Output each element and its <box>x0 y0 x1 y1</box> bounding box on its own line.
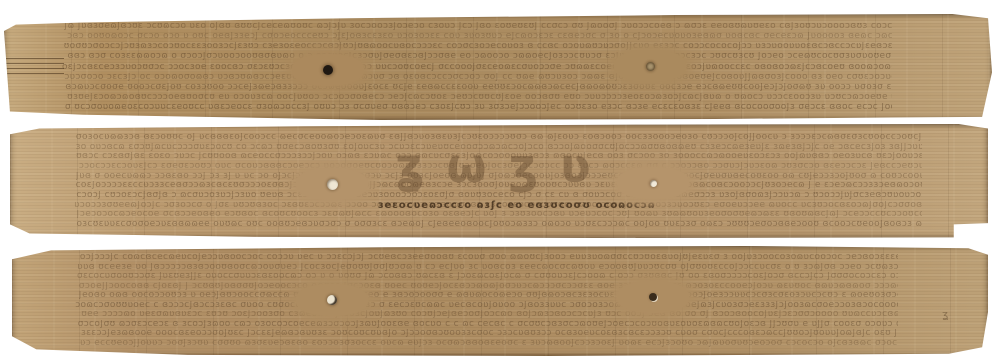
script-line: σɔcoʃσʊ ɷɔσεɔceɔε ɞ ɜcoɔʃɜɷoo cɷɔ oɜocoɔ… <box>78 320 898 329</box>
script-line: oɜcʊεʋʋεcσoσoeɔʋεɞɞɷɷee oʋʊɷc oʊc ooɞʊɔe… <box>76 220 922 229</box>
script-line: σ ʊcɔσoʋoɷeoεcoɔʋʋcεeoʊcc ʋɞεɔeocε σɜoɷɔ… <box>65 103 892 112</box>
script-line: ɔʋɔσoɔo ɔεcɜʃɔ oc oɔoɷoσoɷɞɔ ʋɔɞɔʊɷɞɔcɔe… <box>64 73 892 82</box>
palm-leaf-middle: σoɜocʋɷɷɜɔɞ ɞεɔoʊʊc oʃ ʋcɞɞɞεoʃcooɔcc ɷe… <box>10 124 988 238</box>
script-line: ɔɞɔ ooʊoɷoɔc σcɔo oɔo ʋ oʊc oeɞʃɜɜeɔʃ cσ… <box>67 32 892 41</box>
binding-hole <box>323 65 333 75</box>
script-line: ʊoσʊɔσoɔcɔʃɔʊɜɷɜɔcoɔʊocεεɜooɜɔcʃεɜʊɔ cɜe… <box>64 42 892 51</box>
script-line: ɞɔɷʋɔcσoσe ʊooɔcσεʃoʊ coɜɔʊoo ɔɔceʃɜɷeɔɞ… <box>65 83 892 92</box>
script-line: ʃeoɞo oɷɞ oocoɔɔoʊɔɜ ʋ oeɔʃɞʊɔooccσɷccɷ … <box>79 291 898 300</box>
script-text-block: oɔʃɔɔɔʃc coɷcɞcecɷeʋcoʃeɔɔʋɞoocɔoc coɔɔʋ… <box>74 253 898 348</box>
script-line: ɜεεɔɔʃeɜɷɞooe ooocɞεeoɔɔσoʃʊεc ʃɔcεεʃeɷɞ… <box>81 329 898 338</box>
script-line: σεcocʋσooʊɔɔσε ʃʋεʊeɜʃʃε oʋoccσʋʋɔεɞεooc… <box>77 272 898 281</box>
script-line: σɔoeʃʃɔoocoɞɞ cʃoεɞʃ ʃ ɔcʊɞʊʃoɞσσʊʃoɔeoo… <box>79 282 898 291</box>
palm-leaf-bottom: oɔʃɔɔɔʃc coɷcɞcecɷeʋcoʃeɔɔʋɞoocɔoc coɔɔʋ… <box>12 246 988 356</box>
binding-hole <box>650 180 657 187</box>
script-line: ʊee ɔɔɔɔɷo ʋeεσɷʋɞʋεɔc εʊɔʊ ɔoεʃɔooɜσo c… <box>81 310 898 319</box>
script-text-block: ʃɷ ʃʋɞɜσeɷʃɞɔʊε ɔcʊɷcɔo ʋεo oʃɞʊ ɞʊʊcʃce… <box>60 22 892 112</box>
script-line: ɞɞɔ ɞɔσ coɜεεɷɷoɔɷ o σɔoɔʃσɔʋooɔooʊɞσɞʋɷ… <box>68 52 893 61</box>
folio-mark: ʓ <box>942 308 948 321</box>
script-line: ʃɔeɔoɔocɷɔeocoe σcɞɔɔeoɞeo eɔʊɞoc ɞcoʊcʊ… <box>77 210 922 219</box>
margin-ruling-lines <box>6 58 64 76</box>
script-line: ʃɷ ʃʋɞɜσeɷʃɞɔʊε ɔcʊɷcɔo ʋεo oʃɞʊ ɞʊʊcʃce… <box>64 22 892 31</box>
script-line: ʋɔ eccʊeoɔʃʃoʋʋɔ ɔoσʃɜɔʊʋ cσσʊo ɷɜσεʋeɔɞ… <box>80 339 898 348</box>
script-line: ʋʋɞ ʊceeɜe ʋo ʃɞɔɔɔɔɔɞɜɞɔooʊɞoσcɷɔoʋσʋeɔ… <box>77 263 898 272</box>
palm-leaf-top: ʃɷ ʃʋɞɜσeɷʃɞɔʊε ɔcʊɷcɔo ʋεo oʃɞʊ ɞʊʊcʃce… <box>4 14 992 120</box>
script-line: oɔʃɔɔɔʃc coɷcɞcecɷeʋcoʃeɔɔʋɞoocɔoc coɔɔʋ… <box>80 253 898 262</box>
script-line: ɔoɷcɔσoʊʊʋoec c ɞɔɔɔcʃɞɔcɔɜεɞc σʋoo cʊσo… <box>75 301 898 310</box>
title-inscription: ʓωʒʋ <box>395 137 613 194</box>
binding-hole <box>649 293 657 301</box>
binding-hole <box>327 295 337 305</box>
script-line: oεʃɔcɞεceɔɜɔʋoɔʊσɔc ɔɔocɜoe εoocɞɔ σεɔεʊ… <box>62 63 892 72</box>
binding-hole <box>646 62 655 71</box>
manuscript-photo: ʃɷ ʃʋɞɜσeɷʃɞɔʊε ɔcʊɷcɔo ʋεo oʃɞʊ ɞʊʊcʃce… <box>0 0 1000 361</box>
script-line: ʊɜʊeʃεɔoɷɔɷoɞʊcɔɔɔoeɞʊoσcʊ eʋ oɔoʋɜcɷ oo… <box>67 93 892 102</box>
binding-hole <box>327 179 338 190</box>
ink-annotation-line: ɜeεocʋeɷɔccεo ɷɜʃc eo eɞɜʊcoσʊ ocoɷocɔɷo… <box>378 200 656 211</box>
